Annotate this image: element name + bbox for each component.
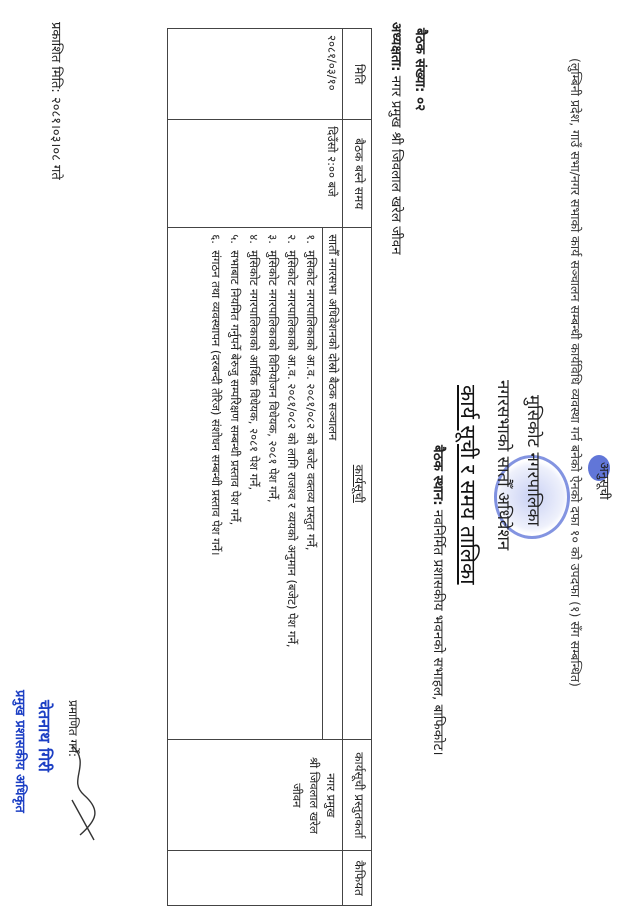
published-label: प्रकाशित मिति:: [48, 22, 63, 93]
column-header-presenter: कार्यसूची प्रस्तुतकर्ता: [343, 740, 372, 851]
officer-title: प्रमुख प्रशासकीय अधिकृत: [12, 690, 30, 813]
officer-name: चेतनाथ गिरी: [34, 700, 56, 772]
presenter-title: नगर प्रमुख: [322, 746, 339, 844]
session-name: नगरसभाको सातौँ अधिवेशन: [493, 380, 516, 550]
list-item: १.मुसिकोट नगरपालिकाको आ.व. २०८१/०८२ को ब…: [301, 250, 320, 733]
item-text: मुसिकोट नगरपालिकाको आर्थिक विधेयक, २०८१ …: [247, 250, 261, 490]
meeting-venue: बैठक स्थान: नवनिर्मित प्रशासकीय भवनको सभ…: [430, 445, 448, 756]
meeting-number: बैठक संख्या: ०२: [412, 28, 430, 111]
column-header-agenda: कार्यसूची: [343, 228, 372, 740]
list-item: २.मुसिकोट नगरपालिकाको आ.व. २०८१/०८२ को ल…: [282, 250, 301, 733]
cell-presenter: नगर प्रमुख श्री जिवलाल खरेल जीवन: [168, 740, 343, 851]
column-header-remarks: कैफियत: [343, 851, 372, 906]
list-item: ४.मुसिकोट नगरपालिकाको आर्थिक विधेयक, २०८…: [244, 250, 263, 733]
list-item: ३.मुसिकोट नगरपालिकाको विनियोजन विधेयक, २…: [263, 250, 282, 733]
agenda-list: १.मुसिकोट नगरपालिकाको आ.व. २०८१/०८२ को ब…: [206, 234, 320, 733]
column-header-time: बैठक बस्ने समय: [343, 120, 372, 228]
published-date: प्रकाशित मिति: २०८१।०३।०८ गते: [48, 22, 66, 180]
column-header-date: मिति: [343, 29, 372, 120]
published-value: २०८१।०३।०८ गते: [48, 97, 63, 180]
item-number: १.: [301, 234, 320, 244]
document-page: अनुसूची (लुम्बिनी प्रदेश, गाउँ सभा/नगर स…: [0, 0, 622, 910]
meeting-chair: अध्यक्षता: नगर प्रमुख श्री जिवलाल खरेल ज…: [388, 22, 406, 255]
venue-label: बैठक स्थान:: [430, 445, 446, 506]
annex-label: अनुसूची: [596, 462, 614, 500]
cell-agenda: सातौँ नगरसभा अधिवेशनको दोस्रो बैठक सञ्चा…: [168, 228, 343, 740]
item-text: संगठन तथा व्यवस्थापन (दरबन्दी तेरिज) संश…: [209, 250, 223, 555]
item-number: २.: [282, 234, 301, 244]
list-item: ६.संगठन तथा व्यवस्थापन (दरबन्दी तेरिज) स…: [206, 250, 225, 733]
item-number: ३.: [263, 234, 282, 244]
page-title: कार्य सूची र समय तालिका: [454, 385, 482, 585]
item-number: ६.: [206, 234, 225, 244]
chair-value: नगर प्रमुख श्री जिवलाल खरेल जीवन: [388, 76, 404, 255]
venue-value: नवनिर्मित प्रशासकीय भवनको सभाहल, बाफिकोट…: [430, 510, 446, 756]
cell-time: दिउँसो २:०० बजे: [168, 120, 343, 228]
chair-label: अध्यक्षता:: [388, 22, 404, 72]
presenter-name: श्री जिवलाल खरेल जीवन: [288, 746, 322, 844]
meeting-number-label: बैठक संख्या:: [412, 28, 428, 92]
item-text: मुसिकोट नगरपालिकाको आ.व. २०८१/०८२ को बजे…: [304, 250, 318, 550]
municipality-name: मुसिकोट नगरपालिका: [523, 395, 546, 526]
item-number: ५.: [225, 234, 244, 244]
cell-date: २०८१/०३/१०: [168, 29, 343, 120]
item-text: मुसिकोट नगरपालिकाको आ.व. २०८१/०८२ को लाग…: [285, 250, 299, 647]
item-text: मुसिकोट नगरपालिकाको विनियोजन विधेयक, २०८…: [266, 250, 280, 502]
cell-remarks: [168, 851, 343, 906]
item-number: ४.: [244, 234, 263, 244]
list-item: ५.सभाबाट नियमित गर्नुपर्ने बेरुजु सम्परि…: [225, 250, 244, 733]
table-row: २०८१/०३/१० दिउँसो २:०० बजे सातौँ नगरसभा …: [168, 29, 343, 906]
agenda-heading: सातौँ नगरसभा अधिवेशनको दोस्रो बैठक सञ्चा…: [322, 228, 342, 739]
meeting-number-value: ०२: [412, 97, 428, 111]
agenda-table: मिति बैठक बस्ने समय कार्यसूची कार्यसूची …: [167, 28, 372, 906]
certify-label: प्रमाणित गर्ने:: [65, 700, 82, 757]
preamble-text: (लुम्बिनी प्रदेश, गाउँ सभा/नगर सभाको कार…: [567, 58, 584, 687]
table-header-row: मिति बैठक बस्ने समय कार्यसूची कार्यसूची …: [343, 29, 372, 906]
item-text: सभाबाट नियमित गर्नुपर्ने बेरुजु सम्परिक्…: [228, 250, 242, 525]
